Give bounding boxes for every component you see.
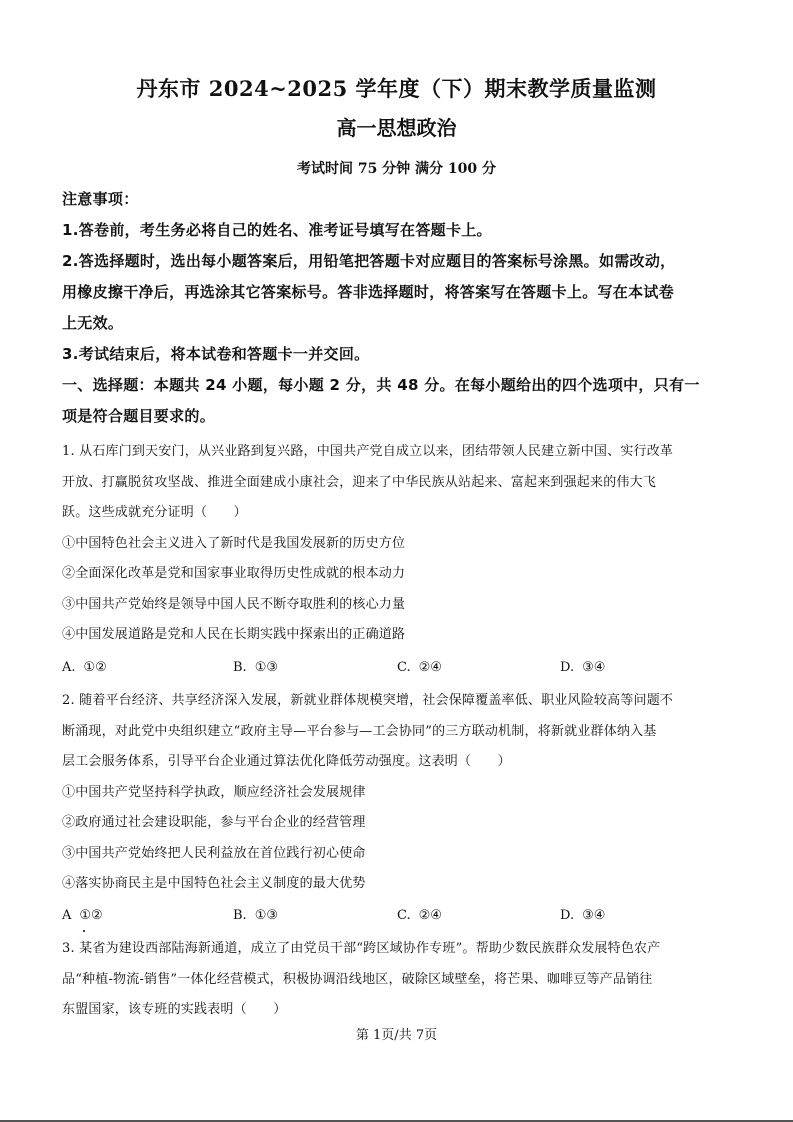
- notice-line: 用橡皮擦干净后，再选涂其它答案标号。答非选择题时，将答案写在答题卡上。写在本试卷: [62, 277, 734, 308]
- exam-info: 考试时间 75 分钟 满分 100 分: [0, 158, 793, 180]
- option-b: B.①③: [233, 908, 278, 923]
- notices-heading: 注意事项：: [62, 184, 734, 215]
- question-stem-line: 1. 从石库门到天安门，从兴业路到复兴路，中国共产党自成立以来，团结带领人民建立…: [62, 437, 734, 468]
- statement: ②政府通过社会建设职能，参与平台企业的经营管理: [62, 808, 734, 839]
- question-stem-line: 跃。这些成就充分证明（ ）: [62, 498, 734, 529]
- question-stem-line: 2. 随着平台经济、共享经济深入发展，新就业群体规模突增，社会保障覆盖率低、职业…: [62, 686, 734, 717]
- option-value: ①②: [84, 660, 107, 675]
- statement: ①中国特色社会主义进入了新时代是我国发展新的历史方位: [62, 529, 734, 560]
- question-1: 1. 从石库门到天安门，从兴业路到复兴路，中国共产党自成立以来，团结带领人民建立…: [62, 437, 734, 651]
- document-subtitle: 高一思想政治: [0, 113, 793, 143]
- question-stem-line: 3. 某省为建设西部陆海新通道，成立了由党员干部“跨区域协作专班”。帮助少数民族…: [62, 934, 734, 965]
- option-d: D.③④: [560, 660, 605, 675]
- option-value: ②④: [419, 908, 442, 923]
- option-c: C.②④: [397, 660, 442, 675]
- option-d: D.③④: [560, 908, 605, 923]
- statement: ②全面深化改革是党和国家事业取得历史性成就的根本动力: [62, 559, 734, 590]
- option-value: ①③: [255, 660, 278, 675]
- option-label: A: [62, 908, 71, 923]
- option-value: ②④: [419, 660, 442, 675]
- page-indicator: 第 1页/共 7页: [0, 1024, 793, 1043]
- section-heading: 一、选择题：本题共 24 小题，每小题 2 分，共 48 分。在每小题给出的四个…: [62, 370, 734, 401]
- option-value: ③④: [582, 908, 605, 923]
- question-1-options: A.①② B.①③ C.②④ D.③④: [62, 660, 734, 686]
- notices-section: 注意事项： 1.答卷前，考生务必将自己的姓名、准考证号填写在答题卡上。 2.答选…: [62, 184, 734, 432]
- option-value: ①②: [79, 908, 102, 923]
- question-stem-line: 层工会服务体系，引导平台企业通过算法优化降低劳动强度。这表明（ ）: [62, 747, 734, 778]
- notice-line: 3.考试结束后，将本试卷和答题卡一并交回。: [62, 339, 734, 370]
- statement: ①中国共产党坚持科学执政，顺应经济社会发展规律: [62, 778, 734, 809]
- document-title: 丹东市 2024~2025 学年度（下）期末教学质量监测: [0, 74, 793, 104]
- notice-line: 上无效。: [62, 308, 734, 339]
- option-c: C.②④: [397, 908, 442, 923]
- option-label: D.: [560, 660, 574, 675]
- question-2: 2. 随着平台经济、共享经济深入发展，新就业群体规模突增，社会保障覆盖率低、职业…: [62, 686, 734, 900]
- statement: ③中国共产党始终是领导中国人民不断夺取胜利的核心力量: [62, 590, 734, 621]
- option-label: C.: [397, 908, 411, 923]
- question-stem-line: 品“种植-物流-销售”一体化经营模式，积极协调沿线地区，破除区域壁垒，将芒果、咖…: [62, 965, 734, 996]
- option-label: D.: [560, 908, 574, 923]
- option-label: C.: [397, 660, 411, 675]
- option-value: ③④: [582, 660, 605, 675]
- option-a: A①②: [62, 908, 103, 923]
- option-a: A.①②: [62, 660, 107, 675]
- option-b: B.①③: [233, 660, 278, 675]
- section-heading: 项是符合题目要求的。: [62, 401, 734, 432]
- question-stem-line: 东盟国家，该专班的实践表明（ ）: [62, 995, 734, 1026]
- question-stem-line: 开放、打赢脱贫攻坚战、推进全面建成小康社会，迎来了中华民族从站起来、富起来到强起…: [62, 468, 734, 499]
- question-3: 3. 某省为建设西部陆海新通道，成立了由党员干部“跨区域协作专班”。帮助少数民族…: [62, 934, 734, 1026]
- option-label: B.: [233, 908, 247, 923]
- exam-page: 丹东市 2024~2025 学年度（下）期末教学质量监测 高一思想政治 考试时间…: [0, 0, 793, 1122]
- question-stem-line: 断涌现，对此党中央组织建立“政府主导—平台参与—工会协同”的三方联动机制，将新就…: [62, 717, 734, 748]
- notice-line: 2.答选择题时，选出每小题答案后，用铅笔把答题卡对应题目的答案标号涂黑。如需改动…: [62, 246, 734, 277]
- option-value: ①③: [255, 908, 278, 923]
- scan-artifact-dot: [83, 930, 85, 932]
- notice-line: 1.答卷前，考生务必将自己的姓名、准考证号填写在答题卡上。: [62, 215, 734, 246]
- statement: ③中国共产党始终把人民利益放在首位践行初心使命: [62, 839, 734, 870]
- question-2-options: A①② B.①③ C.②④ D.③④: [62, 908, 734, 934]
- statement: ④落实协商民主是中国特色社会主义制度的最大优势: [62, 869, 734, 900]
- option-label: B.: [233, 660, 247, 675]
- statement: ④中国发展道路是党和人民在长期实践中探索出的正确道路: [62, 620, 734, 651]
- option-label: A.: [62, 660, 76, 675]
